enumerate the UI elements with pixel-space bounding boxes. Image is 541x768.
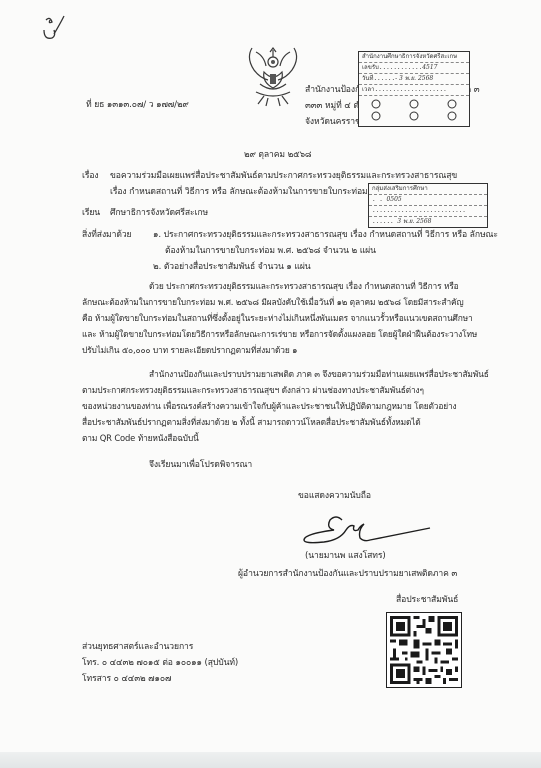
handwritten-mark-icon: [40, 14, 70, 46]
enclosure-2: ๒. ตัวอย่างสื่อประชาสัมพันธ์ จำนวน ๑ แผ่…: [153, 261, 311, 273]
stamp-date-label: วันที่: [362, 75, 373, 82]
to-recipient: ศึกษาธิการจังหวัดศรีสะเกษ: [110, 207, 208, 219]
stamp-receive-no: เลขรับ............4517: [359, 63, 469, 74]
signer-name: (นายมานพ แสงโสทร): [305, 550, 386, 562]
enclosure-1-line-1: ๑. ประกาศกระทรวงยุติธรรมและกระทรวงสาธารณ…: [153, 229, 498, 241]
paragraph-1-line-3: คือ ห้ามผู้ใดขายใบกระท่อมในสถานที่ซึ่งตั…: [82, 310, 473, 327]
closing-request: จึงเรียนมาเพื่อโปรดพิจารณา: [149, 459, 252, 471]
stamp-receive-no-label: เลขรับ: [362, 64, 379, 71]
secondary-stamp-blank: ..........................: [369, 206, 487, 217]
subject-line-1: ขอความร่วมมือเผยแพร่สื่อประชาสัมพันธ์ตาม…: [110, 170, 457, 182]
enclosure-1-line-2: ต้องห้ามในการขายใบกระท่อม พ.ศ. ๒๕๖๘ จำนว…: [165, 245, 376, 257]
footer-fax: โทรสาร ๐ ๔๔๓๒ ๗๑๐๗: [82, 673, 171, 685]
paragraph-2-line-4: สื่อประชาสัมพันธ์ปรากฏตามสิ่งที่ส่งมาด้ว…: [82, 414, 421, 431]
secondary-receiving-stamp: กลุ่มส่งเสริมการศึกษา . . 0505 .........…: [368, 183, 488, 228]
document-page: ที่ ยธ ๑๓๑๓.๐๗/ ว ๑๗๗/๒๙ สำนักงานป้องกัน…: [0, 0, 541, 768]
paragraph-1-line-4: และ ห้ามผู้ใดขายใบกระท่อมโดยวิธีการหรือล…: [82, 326, 477, 343]
stamp-time: เวลา....................: [359, 85, 469, 96]
paragraph-2-line-3: ของหน่วยงานของท่าน เพื่อรณรงค์สร้างความเ…: [82, 398, 457, 415]
receiving-stamp: สำนักงานศึกษาธิการจังหวัดศรีสะเกษ เลขรับ…: [358, 51, 470, 127]
stamp-circles: [359, 96, 469, 126]
qr-code[interactable]: [386, 612, 462, 688]
stamp-title: สำนักงานศึกษาธิการจังหวัดศรีสะเกษ: [359, 52, 469, 63]
subject-label: เรื่อง: [82, 170, 99, 182]
enclosures-label: สิ่งที่ส่งมาด้วย: [82, 229, 131, 241]
secondary-stamp-date-value: 3 พ.ย. 2568: [397, 218, 431, 225]
paragraph-1-line-2: ลักษณะต้องห้ามในการขายใบกระท่อม พ.ศ. ๒๕๖…: [82, 294, 463, 311]
signature-icon: [302, 510, 432, 544]
footer-phone: โทร. ๐ ๔๔๓๒ ๗๐๑๕ ต่อ ๑๐๐๑๑ (สุปบันท์): [82, 657, 238, 669]
secondary-stamp-title: กลุ่มส่งเสริมการศึกษา: [369, 184, 487, 195]
signer-title: ผู้อำนวยการสำนักงานป้องกันและปราบปรามยาเ…: [238, 568, 457, 580]
qr-code-icon: [387, 613, 461, 687]
document-date: ๒๙ ตุลาคม ๒๕๖๘: [244, 149, 311, 161]
stamp-time-label: เวลา: [362, 86, 374, 93]
paragraph-1-line-5: ปรับไม่เกิน ๕๐,๐๐๐ บาท รายละเอียดปรากฏตา…: [82, 342, 297, 359]
reference-number: ที่ ยธ ๑๓๑๓.๐๗/ ว ๑๗๗/๒๙: [86, 99, 189, 111]
stamp-circle-marks-icon: [362, 96, 466, 124]
footer-division: ส่วนยุทธศาสตร์และอำนวยการ: [82, 641, 193, 653]
secondary-stamp-receive-no-value: 0505: [386, 196, 401, 203]
secondary-stamp-date: ...... 3 พ.ย. 2568: [369, 217, 487, 227]
paragraph-2-line-2: ตามประกาศกระทรวงยุติธรรมและกระทรวงสาธารณ…: [82, 382, 424, 399]
page-bottom-edge: [0, 752, 541, 768]
to-label: เรียน: [82, 207, 100, 219]
salutation: ขอแสดงความนับถือ: [298, 490, 371, 502]
secondary-stamp-receive-no: . . 0505: [369, 195, 487, 206]
paragraph-1-line-1: ด้วย ประกาศกระทรวงยุติธรรมและกระทรวงสาธา…: [149, 278, 459, 295]
stamp-receive-no-value: 4517: [422, 64, 437, 71]
garuda-emblem-icon: [242, 42, 304, 108]
paragraph-2-line-5: ตาม QR Code ท้ายหนังสือฉบับนี้: [82, 430, 199, 447]
paragraph-2-line-1: สำนักงานป้องกันและปราบปรามยาเสพติด ภาค ๓…: [149, 366, 489, 383]
stamp-date: วันที่......- 3 พ.ย. 2568: [359, 74, 469, 85]
qr-label: สื่อประชาสัมพันธ์: [396, 594, 458, 606]
stamp-date-value: - 3 พ.ย. 2568: [395, 75, 433, 82]
